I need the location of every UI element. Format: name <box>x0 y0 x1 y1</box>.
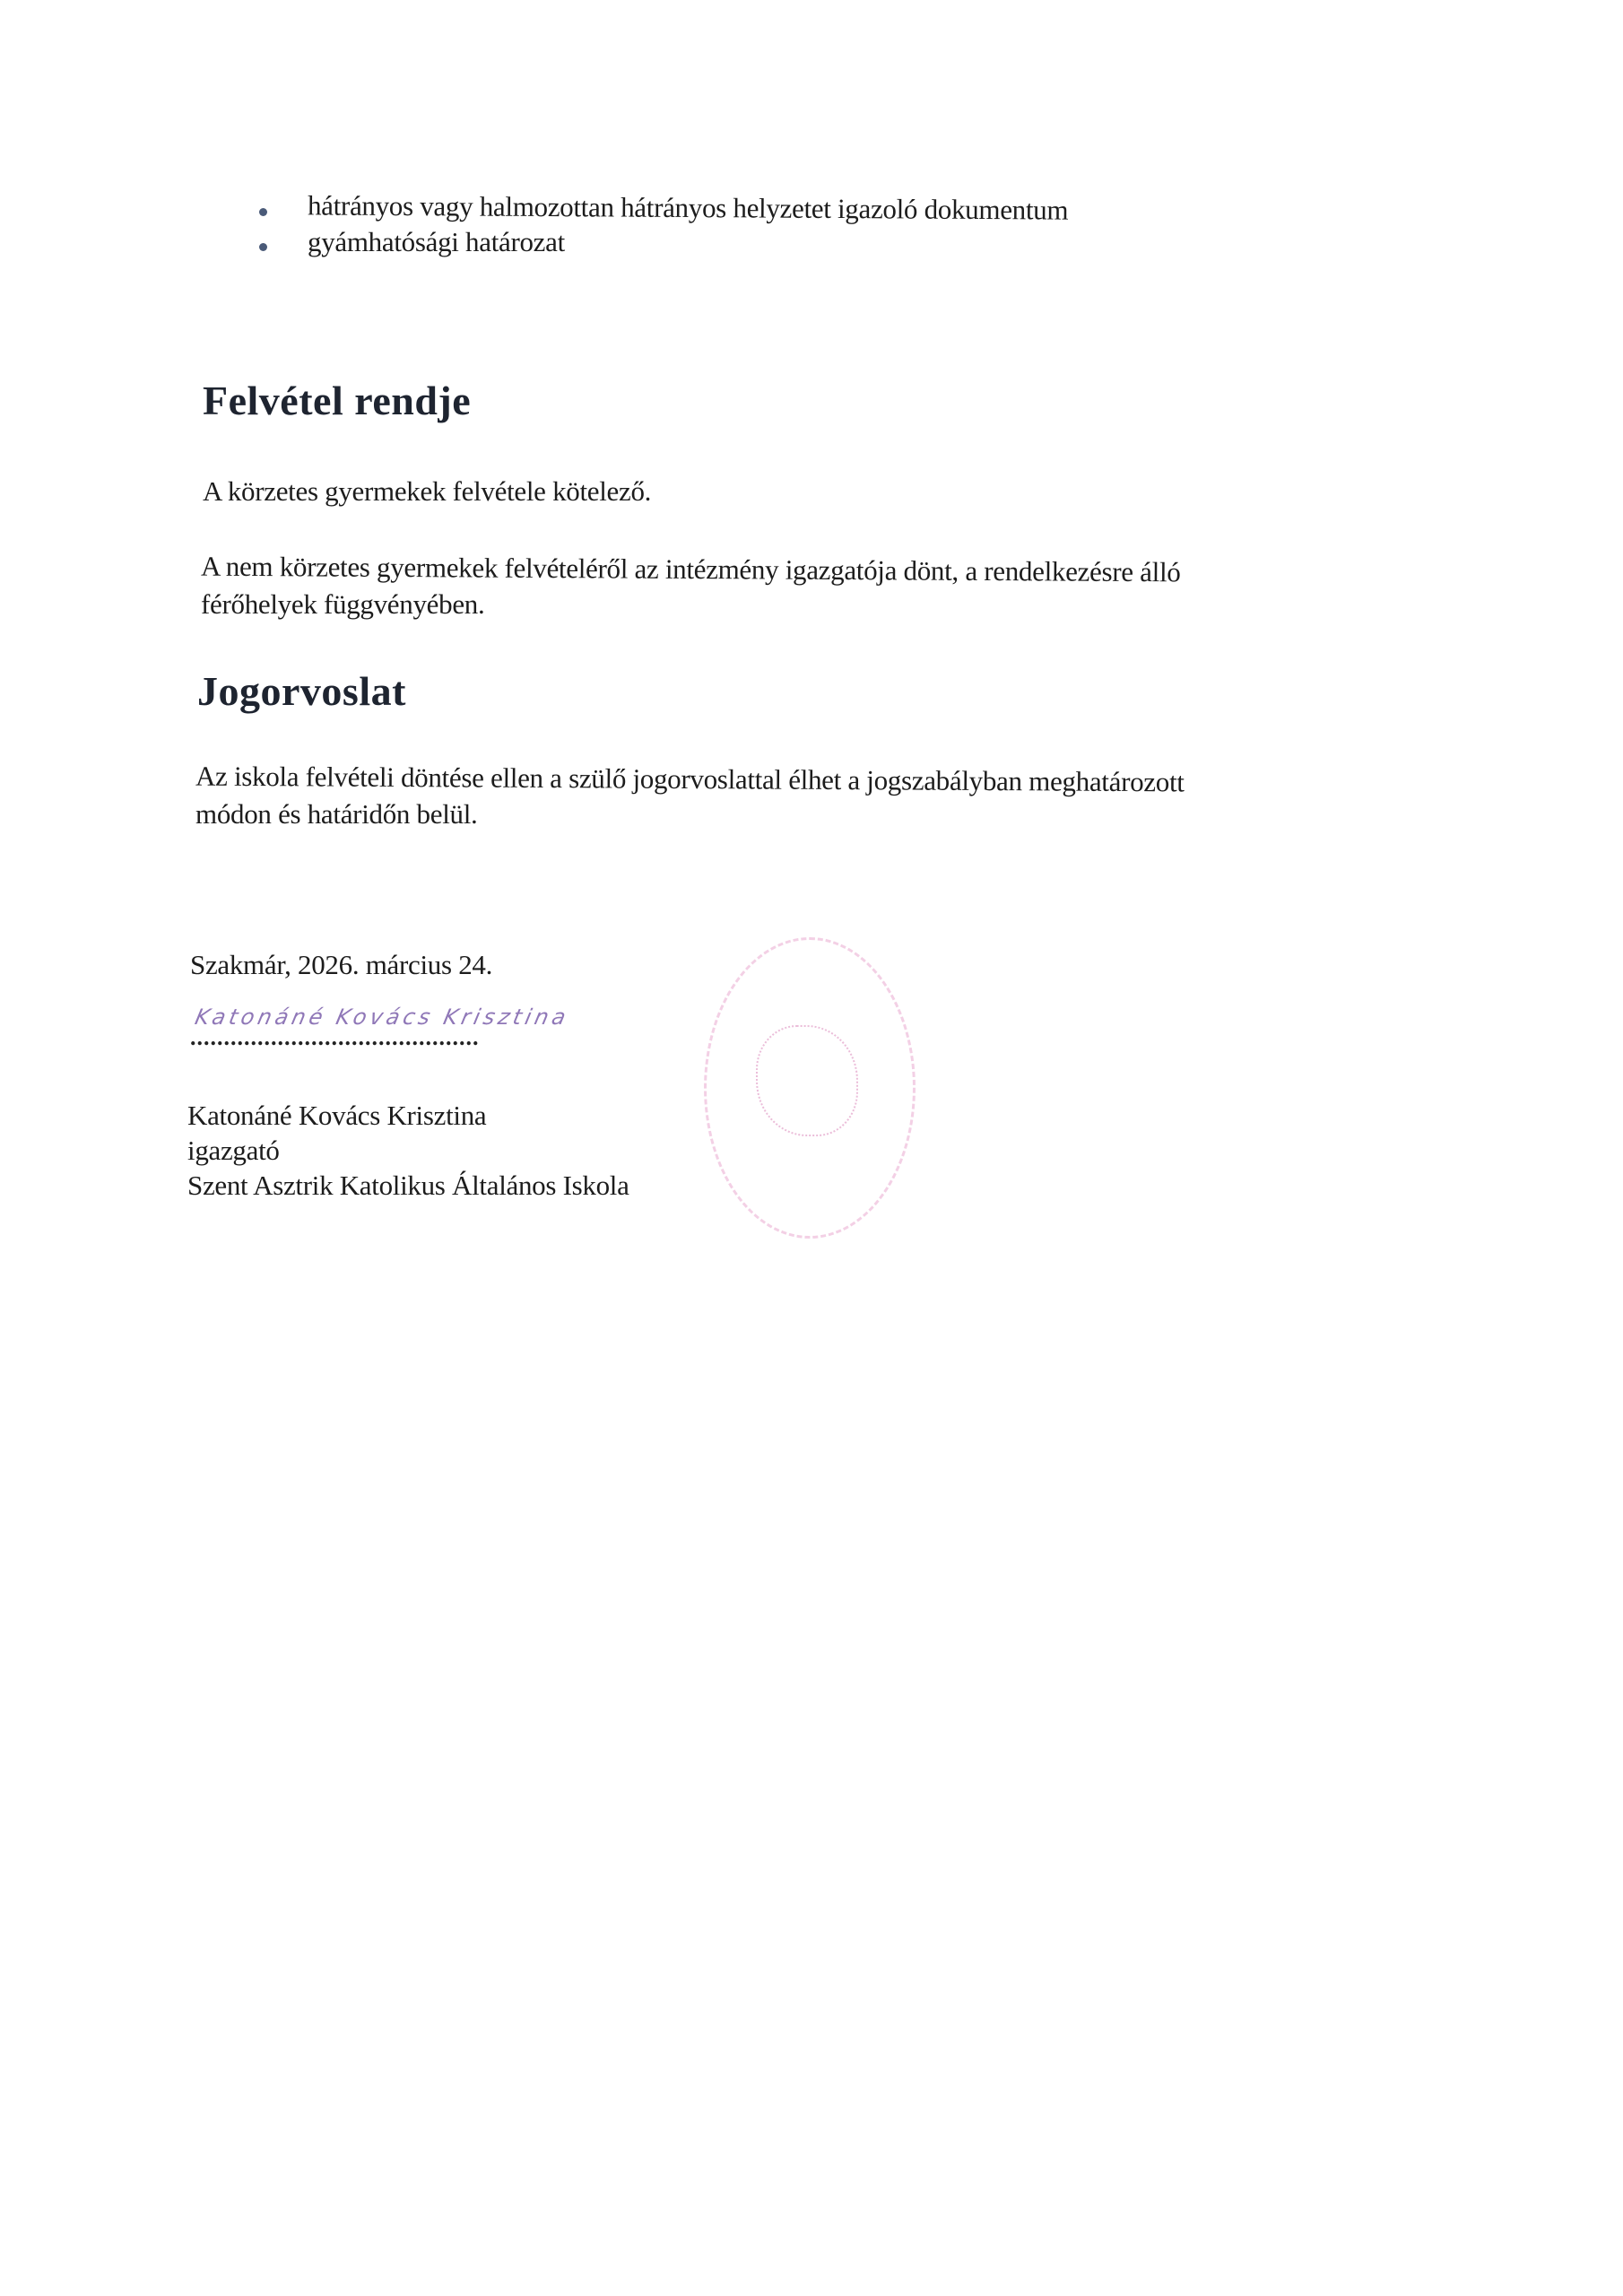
bullet-icon <box>259 243 267 251</box>
list-item: hátrányos vagy halmozottan hátrányos hel… <box>308 189 1068 226</box>
signer-institution: Szent Asztrik Katolikus Általános Iskola <box>187 1170 629 1202</box>
paragraph: A nem körzetes gyermekek felvételéről az… <box>201 551 1181 589</box>
section-heading-admission-order: Felvétel rendje <box>203 377 471 424</box>
stamp-emblem-icon <box>756 1025 858 1136</box>
section-heading-legal-remedy: Jogorvoslat <box>197 667 406 715</box>
signer-title: igazgató <box>187 1135 280 1167</box>
bullet-icon <box>259 208 267 216</box>
official-stamp-icon <box>704 937 916 1239</box>
paragraph: férőhelyek függvényében. <box>201 588 484 621</box>
signature-line: ........................................… <box>190 1024 480 1051</box>
place-date: Szakmár, 2026. március 24. <box>190 949 492 981</box>
paragraph: módon és határidőn belül. <box>195 798 478 831</box>
paragraph: Az iskola felvételi döntése ellen a szül… <box>195 761 1185 799</box>
list-item: gyámhatósági határozat <box>308 226 565 258</box>
signer-name: Katonáné Kovács Krisztina <box>187 1100 486 1132</box>
paragraph: A körzetes gyermekek felvétele kötelező. <box>203 475 651 508</box>
